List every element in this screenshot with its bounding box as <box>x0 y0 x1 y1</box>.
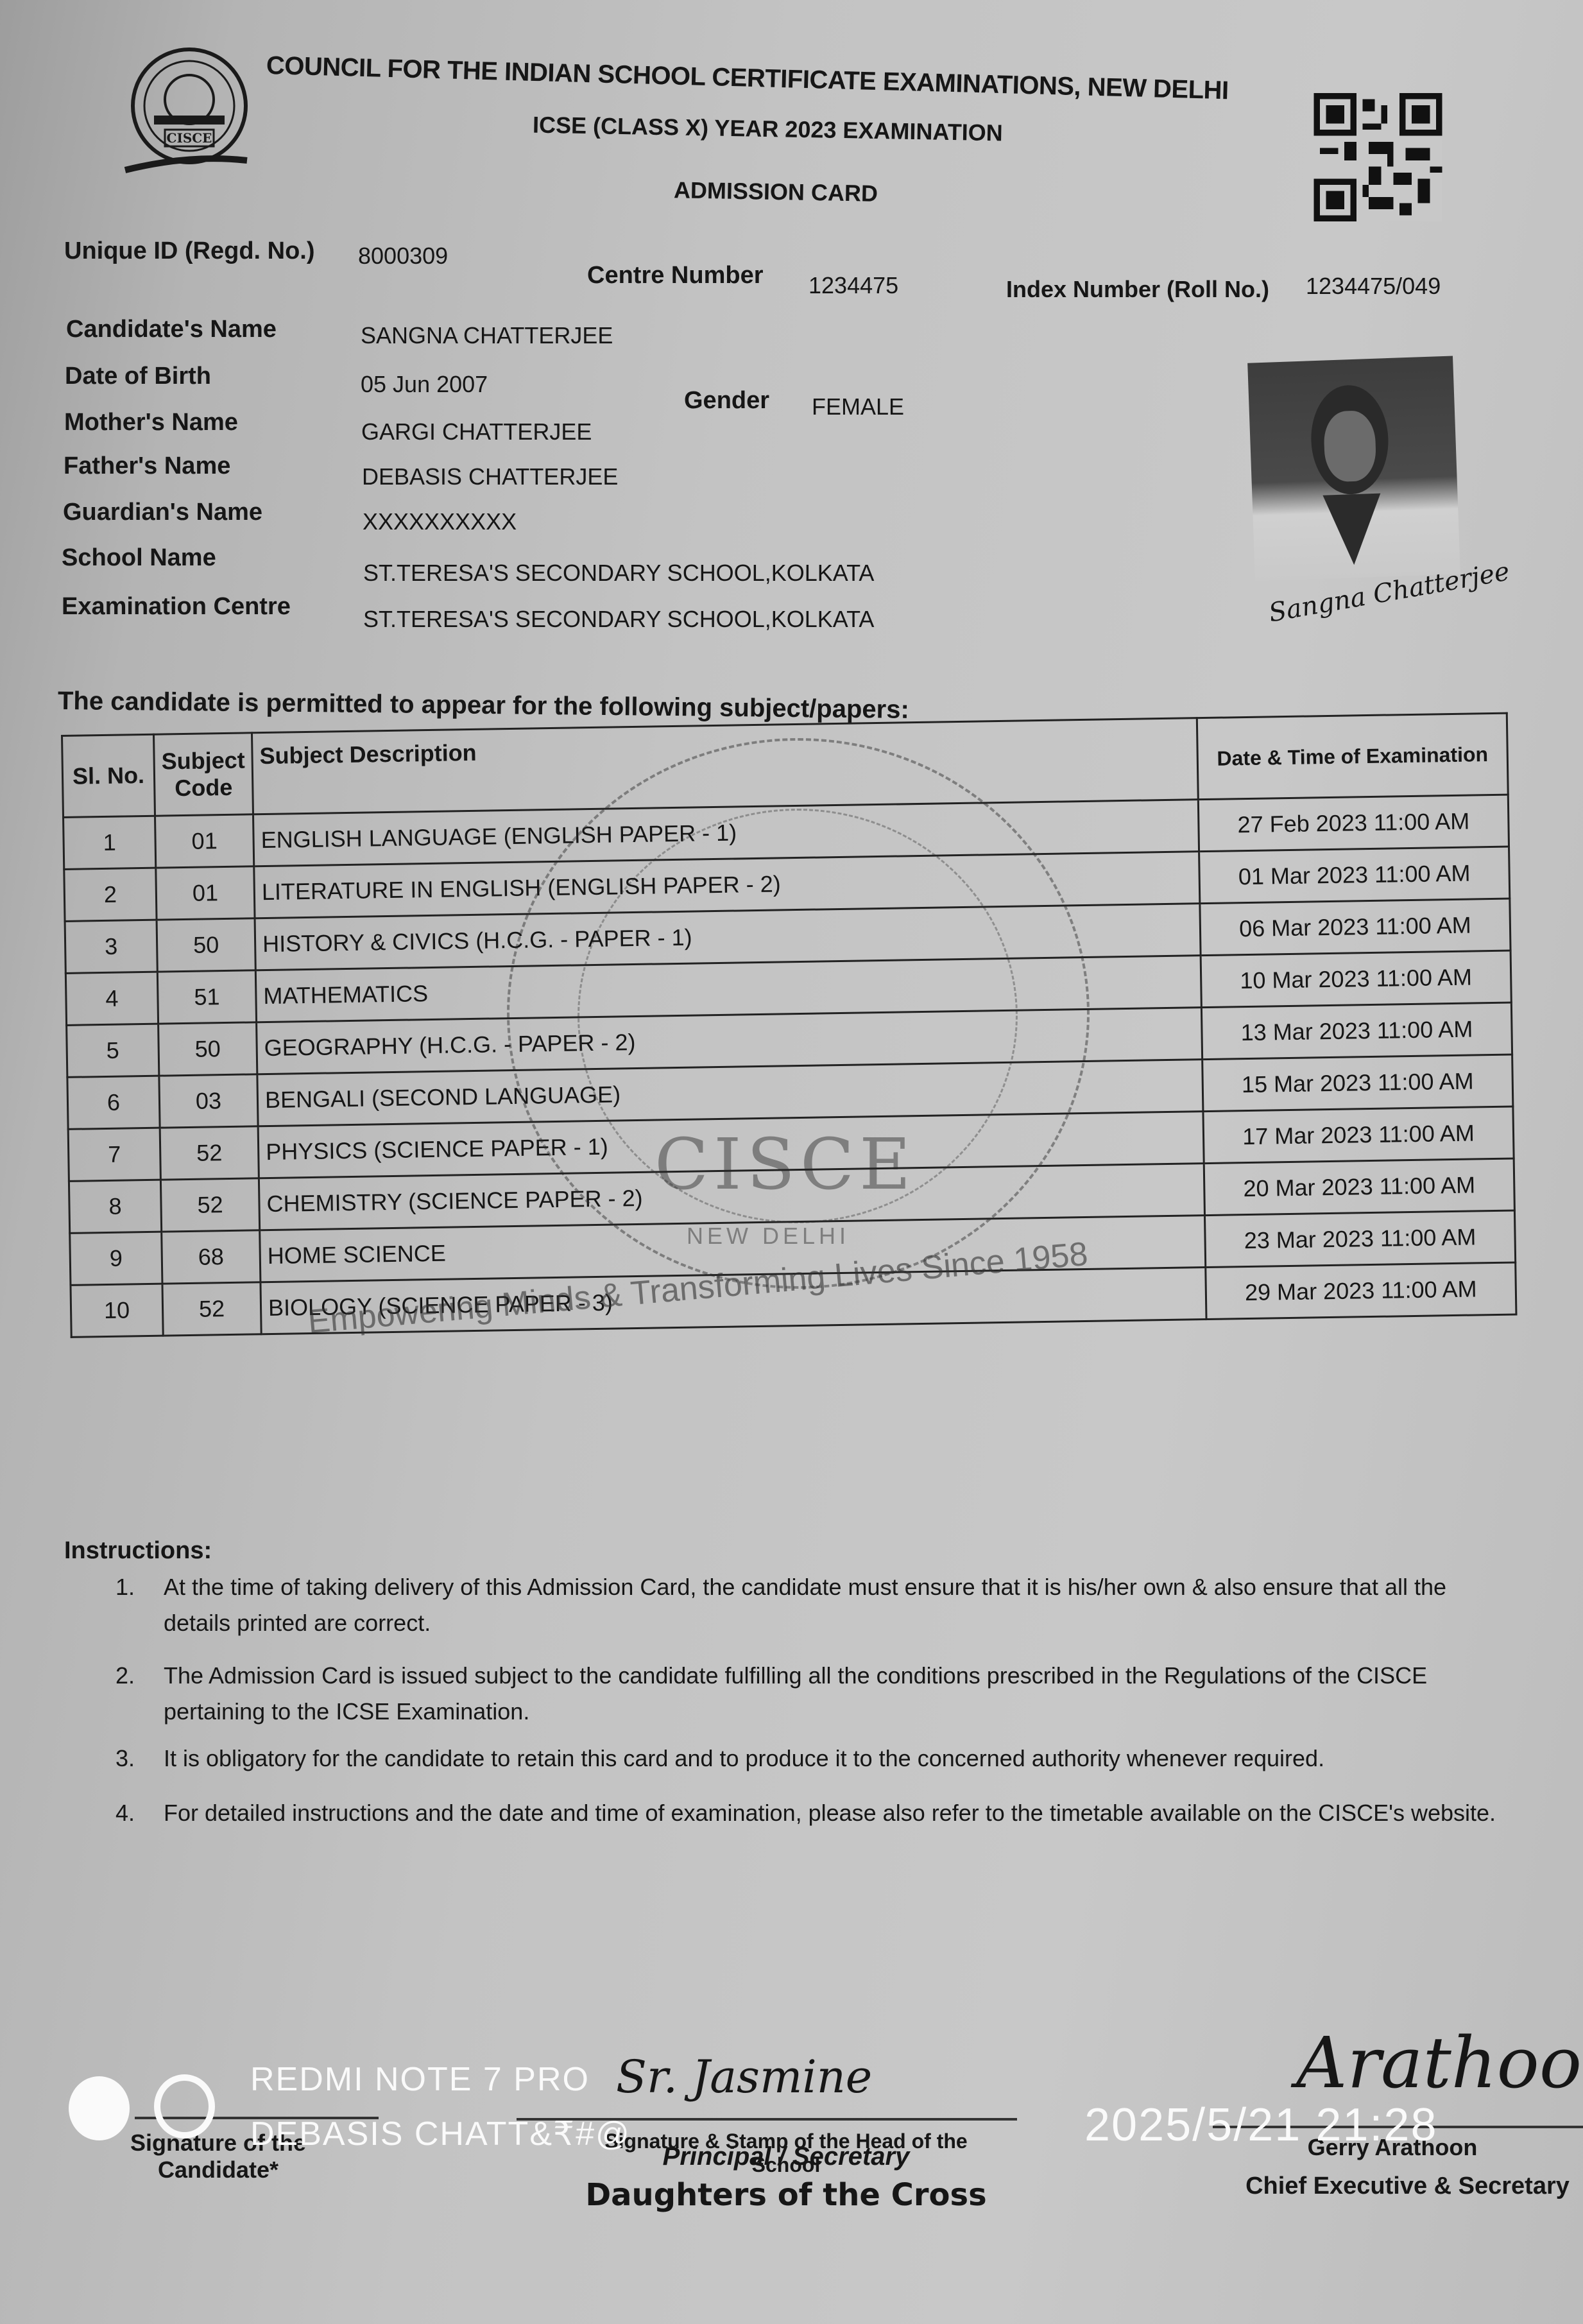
document-title: ADMISSION CARD <box>674 176 878 207</box>
gender-value: FEMALE <box>812 393 904 420</box>
instructions-title: Instructions: <box>64 1537 212 1565</box>
exam-title: ICSE (CLASS X) YEAR 2023 EXAMINATION <box>533 112 1003 147</box>
cell-subject-code: 52 <box>162 1282 261 1336</box>
instruction-item: 2. The Admission Card is issued subject … <box>116 1658 1502 1730</box>
header-date-time: Date & Time of Examination <box>1197 713 1508 800</box>
stamp-center-text: CISCE <box>655 1123 916 1205</box>
cell-date-time: 13 Mar 2023 11:00 AM <box>1201 1003 1512 1060</box>
gender-label: Gender <box>684 387 769 415</box>
candidate-name-label: Candidate's Name <box>66 316 277 343</box>
cell-subject-code: 52 <box>160 1178 259 1232</box>
unique-id-label: Unique ID (Regd. No.) <box>64 237 315 265</box>
cell-subject-code: 68 <box>162 1230 261 1284</box>
camera-watermark-dot-ring <box>154 2074 215 2139</box>
svg-text:CISCE: CISCE <box>167 130 212 146</box>
school-name-label: School Name <box>62 544 216 572</box>
school-name-value: ST.TERESA'S SECONDARY SCHOOL,KOLKATA <box>363 560 874 587</box>
dob-value: 05 Jun 2007 <box>361 371 488 398</box>
cell-subject-code: 50 <box>157 918 255 972</box>
camera-owner-watermark: DEBASIS CHATT&₹#@ <box>250 2115 631 2153</box>
cell-subject-code: 01 <box>155 814 254 868</box>
cell-sl-no: 4 <box>65 972 158 1025</box>
header-sl-no: Sl. No. <box>62 734 155 817</box>
cell-date-time: 01 Mar 2023 11:00 AM <box>1199 847 1510 904</box>
head-stamp-line2: Daughters of the Cross <box>574 2177 998 2213</box>
cell-sl-no: 9 <box>70 1232 162 1285</box>
instruction-item: 1. At the time of taking delivery of thi… <box>116 1569 1502 1641</box>
header-subject-description: Subject Description <box>252 718 1199 814</box>
cell-sl-no: 8 <box>69 1180 161 1233</box>
cell-date-time: 06 Mar 2023 11:00 AM <box>1200 899 1510 956</box>
cell-sl-no: 6 <box>67 1076 160 1129</box>
cell-date-time: 10 Mar 2023 11:00 AM <box>1201 951 1511 1008</box>
camera-timestamp-watermark: 2025/5/21 21:28 <box>1084 2099 1438 2151</box>
camera-watermark-dot-filled <box>69 2076 130 2140</box>
cell-date-time: 27 Feb 2023 11:00 AM <box>1198 795 1509 852</box>
head-stamp-line1: Principal / Secretary <box>574 2142 998 2171</box>
index-number-value: 1234475/049 <box>1306 273 1441 300</box>
stamp-sub-text: NEW DELHI <box>687 1223 850 1250</box>
father-name-label: Father's Name <box>64 452 230 480</box>
cell-sl-no: 1 <box>64 816 156 869</box>
index-number-label: Index Number (Roll No.) <box>1006 276 1269 303</box>
exam-centre-value: ST.TERESA'S SECONDARY SCHOOL,KOLKATA <box>363 606 874 633</box>
guardian-name-value: XXXXXXXXXX <box>363 508 517 535</box>
ce-signature: Arathoon <box>1296 2022 1583 2104</box>
org-title: COUNCIL FOR THE INDIAN SCHOOL CERTIFICAT… <box>266 51 1229 105</box>
centre-number-label: Centre Number <box>587 262 764 289</box>
cell-subject-code: 50 <box>158 1022 257 1076</box>
father-name-value: DEBASIS CHATTERJEE <box>362 463 618 490</box>
unique-id-value: 8000309 <box>358 243 448 270</box>
mother-name-value: GARGI CHATTERJEE <box>361 418 592 445</box>
exam-centre-label: Examination Centre <box>62 593 291 621</box>
head-signature: Sr. Jasmine <box>616 2051 872 2103</box>
cell-subject-code: 03 <box>159 1074 258 1128</box>
cell-subject-code: 51 <box>157 970 256 1024</box>
cell-subject-code: 01 <box>156 866 255 920</box>
cell-sl-no: 5 <box>67 1024 159 1077</box>
cell-date-time: 29 Mar 2023 11:00 AM <box>1206 1262 1516 1320</box>
cell-date-time: 15 Mar 2023 11:00 AM <box>1202 1054 1513 1112</box>
candidate-name-value: SANGNA CHATTERJEE <box>361 322 613 349</box>
qr-code <box>1309 93 1447 221</box>
header-subject-code: Subject Code <box>154 733 253 816</box>
ce-title: Chief Executive & Secretary <box>1232 2173 1583 2200</box>
instruction-item: 4. For detailed instructions and the dat… <box>116 1795 1502 1831</box>
cell-date-time: 23 Mar 2023 11:00 AM <box>1204 1210 1515 1268</box>
centre-number-value: 1234475 <box>809 272 898 299</box>
cell-subject-code: 52 <box>160 1126 259 1180</box>
permission-statement: The candidate is permitted to appear for… <box>58 687 909 725</box>
cell-date-time: 17 Mar 2023 11:00 AM <box>1203 1106 1514 1164</box>
mother-name-label: Mother's Name <box>64 409 238 436</box>
guardian-name-label: Guardian's Name <box>63 499 262 526</box>
camera-device-watermark: REDMI NOTE 7 PRO <box>250 2060 590 2099</box>
instruction-item: 3. It is obligatory for the candidate to… <box>116 1741 1502 1777</box>
cell-sl-no: 2 <box>64 868 157 921</box>
dob-label: Date of Birth <box>65 363 211 390</box>
cell-date-time: 20 Mar 2023 11:00 AM <box>1204 1158 1514 1216</box>
cell-sl-no: 3 <box>65 920 157 973</box>
cisce-logo: CISCE <box>119 45 260 186</box>
cell-sl-no: 10 <box>71 1284 163 1337</box>
candidate-photo <box>1247 356 1460 581</box>
cell-sl-no: 7 <box>68 1128 160 1181</box>
